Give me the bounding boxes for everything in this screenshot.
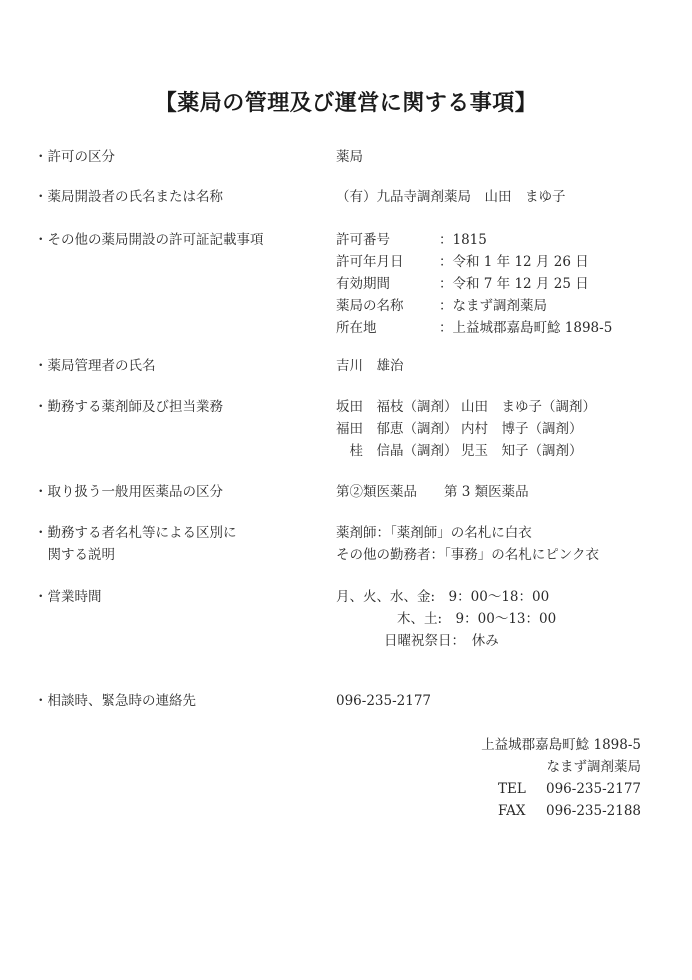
detail-value: ：令和 1 年 12 月 26 日 xyxy=(439,254,589,270)
value: 薬局 xyxy=(336,146,363,168)
contact-phone: 096-235-2177 xyxy=(336,690,431,712)
detail-key: 薬局の名称 xyxy=(336,295,439,317)
value: その他の勤務者：「事務」の名札にピンク衣 xyxy=(336,544,599,566)
tel-number: 096-235-2177 xyxy=(546,781,641,797)
detail-value: ：令和 7 年 12 月 25 日 xyxy=(439,276,589,292)
detail-value: ：なまず調剤薬局 xyxy=(439,298,547,314)
label: ・薬局開設者の氏名または名称 xyxy=(34,186,223,208)
label: ・薬局管理者の氏名 xyxy=(34,355,156,377)
footer-address-block: 上益城郡嘉島町鯰 1898-5 なまず調剤薬局 TEL096-235-2177 … xyxy=(481,734,641,822)
label: ・許可の区分 xyxy=(34,146,115,168)
staff-list: 坂田 福枝（調剤）山田 まゆ子（調剤） 福田 郁恵（調剤）内村 博子（調剤） 桂… xyxy=(336,396,596,462)
label: ・その他の薬局開設の許可証記載事項 xyxy=(34,229,264,251)
label: ・営業時間 xyxy=(34,586,102,608)
footer-address: 上益城郡嘉島町鯰 1898-5 xyxy=(481,734,641,756)
hours: 月、火、水、金: 9：00～18：00 木、土: 9：00～13：00 日曜祝祭… xyxy=(336,586,556,652)
value: 薬剤師：「薬剤師」の名札に白衣 xyxy=(336,522,599,544)
detail-key: 有効期間 xyxy=(336,273,439,295)
footer-name: なまず調剤薬局 xyxy=(481,756,641,778)
staff-name: 坂田 福枝（調剤） xyxy=(336,396,461,418)
detail-value: ：上益城郡嘉島町鯰 1898-5 xyxy=(439,320,612,336)
label: ・相談時、緊急時の連絡先 xyxy=(34,690,196,712)
page-title: 【薬局の管理及び運営に関する事項】 xyxy=(0,86,692,117)
label: ・勤務する者名札等による区別に xyxy=(34,522,237,544)
staff-name: 福田 郁恵（調剤） xyxy=(336,418,461,440)
detail-key: 許可番号 xyxy=(336,229,439,251)
value: （有）九品寺調剤薬局 山田 まゆ子 xyxy=(336,186,566,208)
value: 第②類医薬品 第 3 類医薬品 xyxy=(336,481,529,503)
hours-thu-sat: 木、土: 9：00～13：00 xyxy=(336,608,556,630)
staff-name: 内村 博子（調剤） xyxy=(461,421,583,437)
fax-label: FAX xyxy=(498,800,546,823)
staff-name: 桂 信晶（調剤） xyxy=(336,440,461,462)
label: ・勤務する薬剤師及び担当業務 xyxy=(34,396,223,418)
detail-value: ：1815 xyxy=(439,232,487,248)
value: 吉川 雄治 xyxy=(336,355,404,377)
license-details: 許可番号：1815 許可年月日：令和 1 年 12 月 26 日 有効期間：令和… xyxy=(336,229,612,339)
label: ・取り扱う一般用医薬品の区分 xyxy=(34,481,223,503)
fax-number: 096-235-2188 xyxy=(546,803,641,819)
detail-key: 所在地 xyxy=(336,317,439,339)
tel-label: TEL xyxy=(498,778,546,801)
staff-name: 児玉 知子（調剤） xyxy=(461,443,583,459)
hours-holiday: 日曜祝祭日： 休み xyxy=(336,630,556,652)
label: 関する説明 xyxy=(34,544,237,566)
detail-key: 許可年月日 xyxy=(336,251,439,273)
hours-weekday: 月、火、水、金: 9：00～18：00 xyxy=(336,586,556,608)
staff-name: 山田 まゆ子（調剤） xyxy=(461,399,596,415)
